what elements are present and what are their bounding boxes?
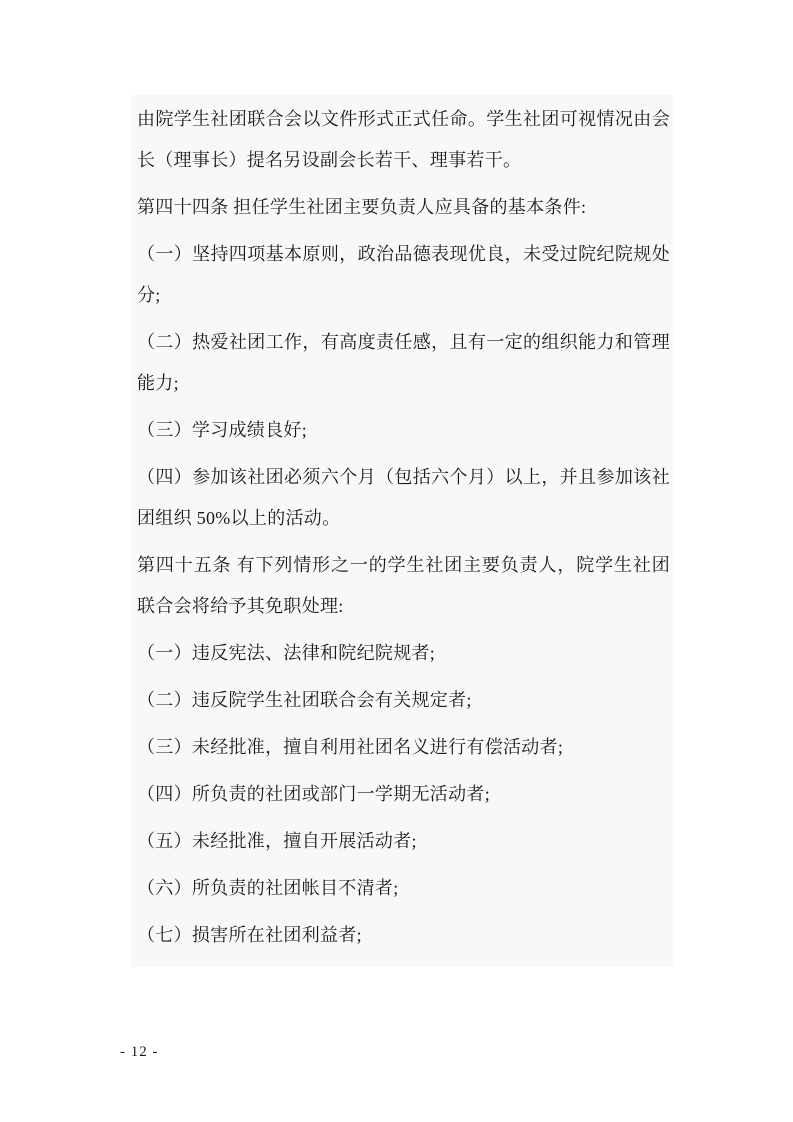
paragraph: （三）未经批准，擅自利用社团名义进行有偿活动者;	[137, 727, 670, 768]
paragraph: （三）学习成绩良好;	[137, 410, 670, 451]
paragraph: 第四十四条 担任学生社团主要负责人应具备的基本条件:	[137, 187, 670, 228]
paragraph: （四）所负责的社团或部门一学期无活动者;	[137, 774, 670, 815]
paragraph: （一）违反宪法、法律和院纪院规者;	[137, 633, 670, 674]
paragraph: （二）违反院学生社团联合会有关规定者;	[137, 680, 670, 721]
paragraph: （七）损害所在社团利益者;	[137, 915, 670, 956]
paragraph: （五）未经批准，擅自开展活动者;	[137, 821, 670, 862]
paragraph: （六）所负责的社团帐目不清者;	[137, 868, 670, 909]
paragraph: 由院学生社团联合会以文件形式正式任命。学生社团可视情况由会长（理事长）提名另设副…	[137, 99, 670, 181]
paragraph: （一）坚持四项基本原则，政治品德表现优良，未受过院纪院规处分;	[137, 234, 670, 316]
document-body: 由院学生社团联合会以文件形式正式任命。学生社团可视情况由会长（理事长）提名另设副…	[131, 95, 673, 967]
paragraph: （二）热爱社团工作，有高度责任感，且有一定的组织能力和管理能力;	[137, 322, 670, 404]
document-page: 由院学生社团联合会以文件形式正式任命。学生社团可视情况由会长（理事长）提名另设副…	[0, 0, 793, 1122]
page-number: - 12 -	[120, 1043, 159, 1061]
paragraph: 第四十五条 有下列情形之一的学生社团主要负责人，院学生社团联合会将给予其免职处理…	[137, 545, 670, 627]
paragraph: （四）参加该社团必须六个月（包括六个月）以上，并且参加该社团组织 50%以上的活…	[137, 457, 670, 539]
